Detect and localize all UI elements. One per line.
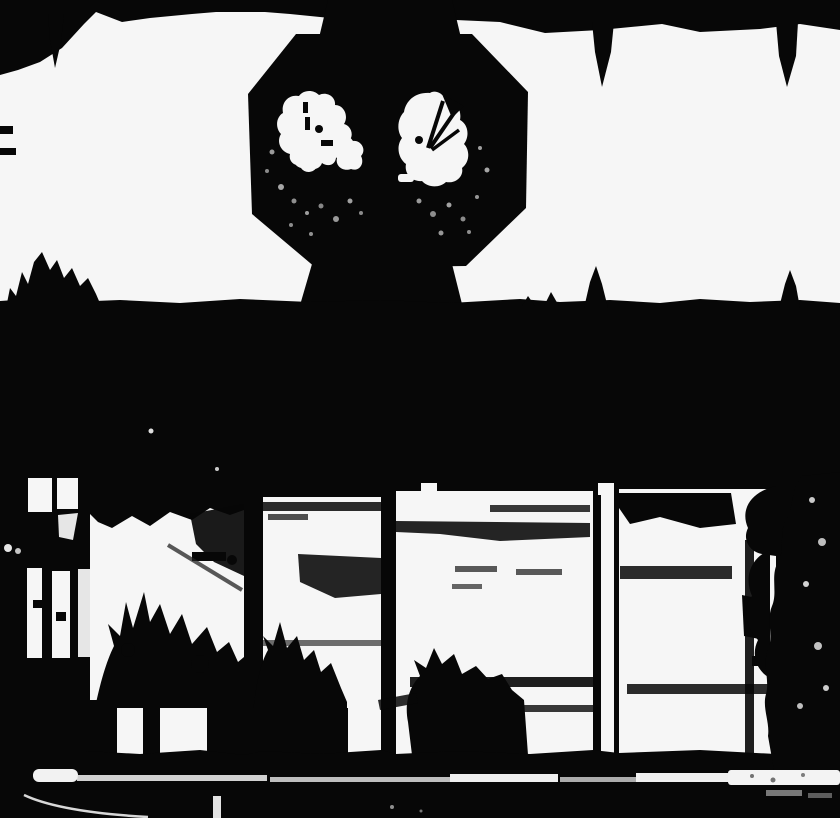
glare-grit-c — [801, 773, 805, 777]
post-cap-left — [421, 483, 437, 495]
photo-canvas — [0, 0, 840, 818]
grain-speck — [278, 184, 284, 190]
grain-speck — [467, 230, 471, 234]
grain-speck — [333, 216, 339, 222]
louver-notch-a — [33, 600, 42, 608]
plant-left-stem-c — [207, 700, 244, 757]
grain-speck — [485, 168, 490, 173]
transom-shadow-b — [263, 502, 381, 511]
clock-hand-left-b — [305, 117, 310, 130]
glare-line-5 — [636, 773, 728, 782]
grain-speck — [475, 195, 479, 199]
glare-left-blob — [33, 769, 78, 782]
car-pillar-dash — [213, 796, 221, 818]
louver-slat-c — [78, 569, 90, 657]
glare-grit-b — [771, 778, 776, 783]
glare-line-3 — [450, 774, 558, 782]
grain-speck — [478, 146, 482, 150]
clock-dash-right — [398, 174, 414, 182]
foliage-highlight — [809, 497, 815, 503]
foliage-highlight — [803, 581, 809, 587]
grain-speck — [292, 199, 297, 204]
shelf-dash-c2 — [516, 569, 562, 575]
photograph — [0, 0, 840, 818]
road-speck-b — [420, 810, 423, 813]
glare-grit-a — [750, 774, 754, 778]
grain-speck — [461, 217, 466, 222]
road-speck-a — [390, 805, 394, 809]
grain-speck — [270, 150, 275, 155]
shelf-dash-c1 — [455, 566, 497, 572]
plant-left-twig-a — [121, 643, 135, 657]
foliage-highlight — [818, 538, 826, 546]
glare-line-1 — [77, 775, 267, 781]
sill-line-c2 — [518, 705, 594, 712]
shelf-line-d — [620, 566, 732, 579]
glare-underline-a — [766, 790, 802, 796]
clock-notch-left — [321, 140, 333, 146]
grain-speck — [348, 199, 353, 204]
glare-line-2 — [270, 777, 450, 782]
foliage-highlight — [797, 703, 803, 709]
glare-right-blob — [728, 770, 840, 785]
grain-speck — [289, 223, 293, 227]
window-post — [601, 489, 614, 755]
plant-left-stem-b — [143, 702, 160, 757]
plant-left-twig-b — [191, 655, 209, 673]
window-speck-b — [15, 548, 21, 554]
glare-line-4 — [560, 777, 636, 782]
grain-speck — [309, 232, 313, 236]
field-speck-a — [149, 429, 154, 434]
field-speck-b — [215, 467, 219, 471]
grain-speck — [265, 169, 269, 173]
post-cap-right — [598, 483, 614, 495]
transom-line-c — [490, 505, 590, 512]
foliage-highlight — [814, 642, 822, 650]
grain-speck — [319, 204, 324, 209]
grain-speck — [305, 211, 309, 215]
clock-mark-left — [315, 125, 323, 133]
reflection-mark-a — [192, 552, 226, 561]
foliage-highlight — [823, 685, 829, 691]
grain-speck — [439, 231, 444, 236]
louver-slat-a — [27, 568, 42, 658]
transom-dash-b — [268, 514, 308, 520]
clock-mark-right — [415, 136, 423, 144]
grain-speck — [430, 211, 436, 217]
window-speck-a — [4, 544, 12, 552]
clock-hand-left-a — [303, 102, 308, 113]
grain-speck — [447, 203, 452, 208]
wall-dash-lower — [0, 148, 16, 155]
window-fragment-b — [57, 478, 78, 509]
grain-speck — [359, 211, 363, 215]
wall-dash-upper — [0, 126, 13, 134]
plant-center-stem — [253, 708, 348, 757]
glare-underline-b — [808, 793, 832, 798]
window-fragment-a — [28, 478, 52, 512]
sill-line-d — [627, 684, 768, 694]
grain-speck — [417, 199, 422, 204]
shelf-dash-c3 — [452, 584, 482, 589]
louver-notch-b — [56, 612, 66, 621]
reflection-mark-b — [227, 555, 237, 565]
plant-left-stem-a — [86, 700, 117, 757]
